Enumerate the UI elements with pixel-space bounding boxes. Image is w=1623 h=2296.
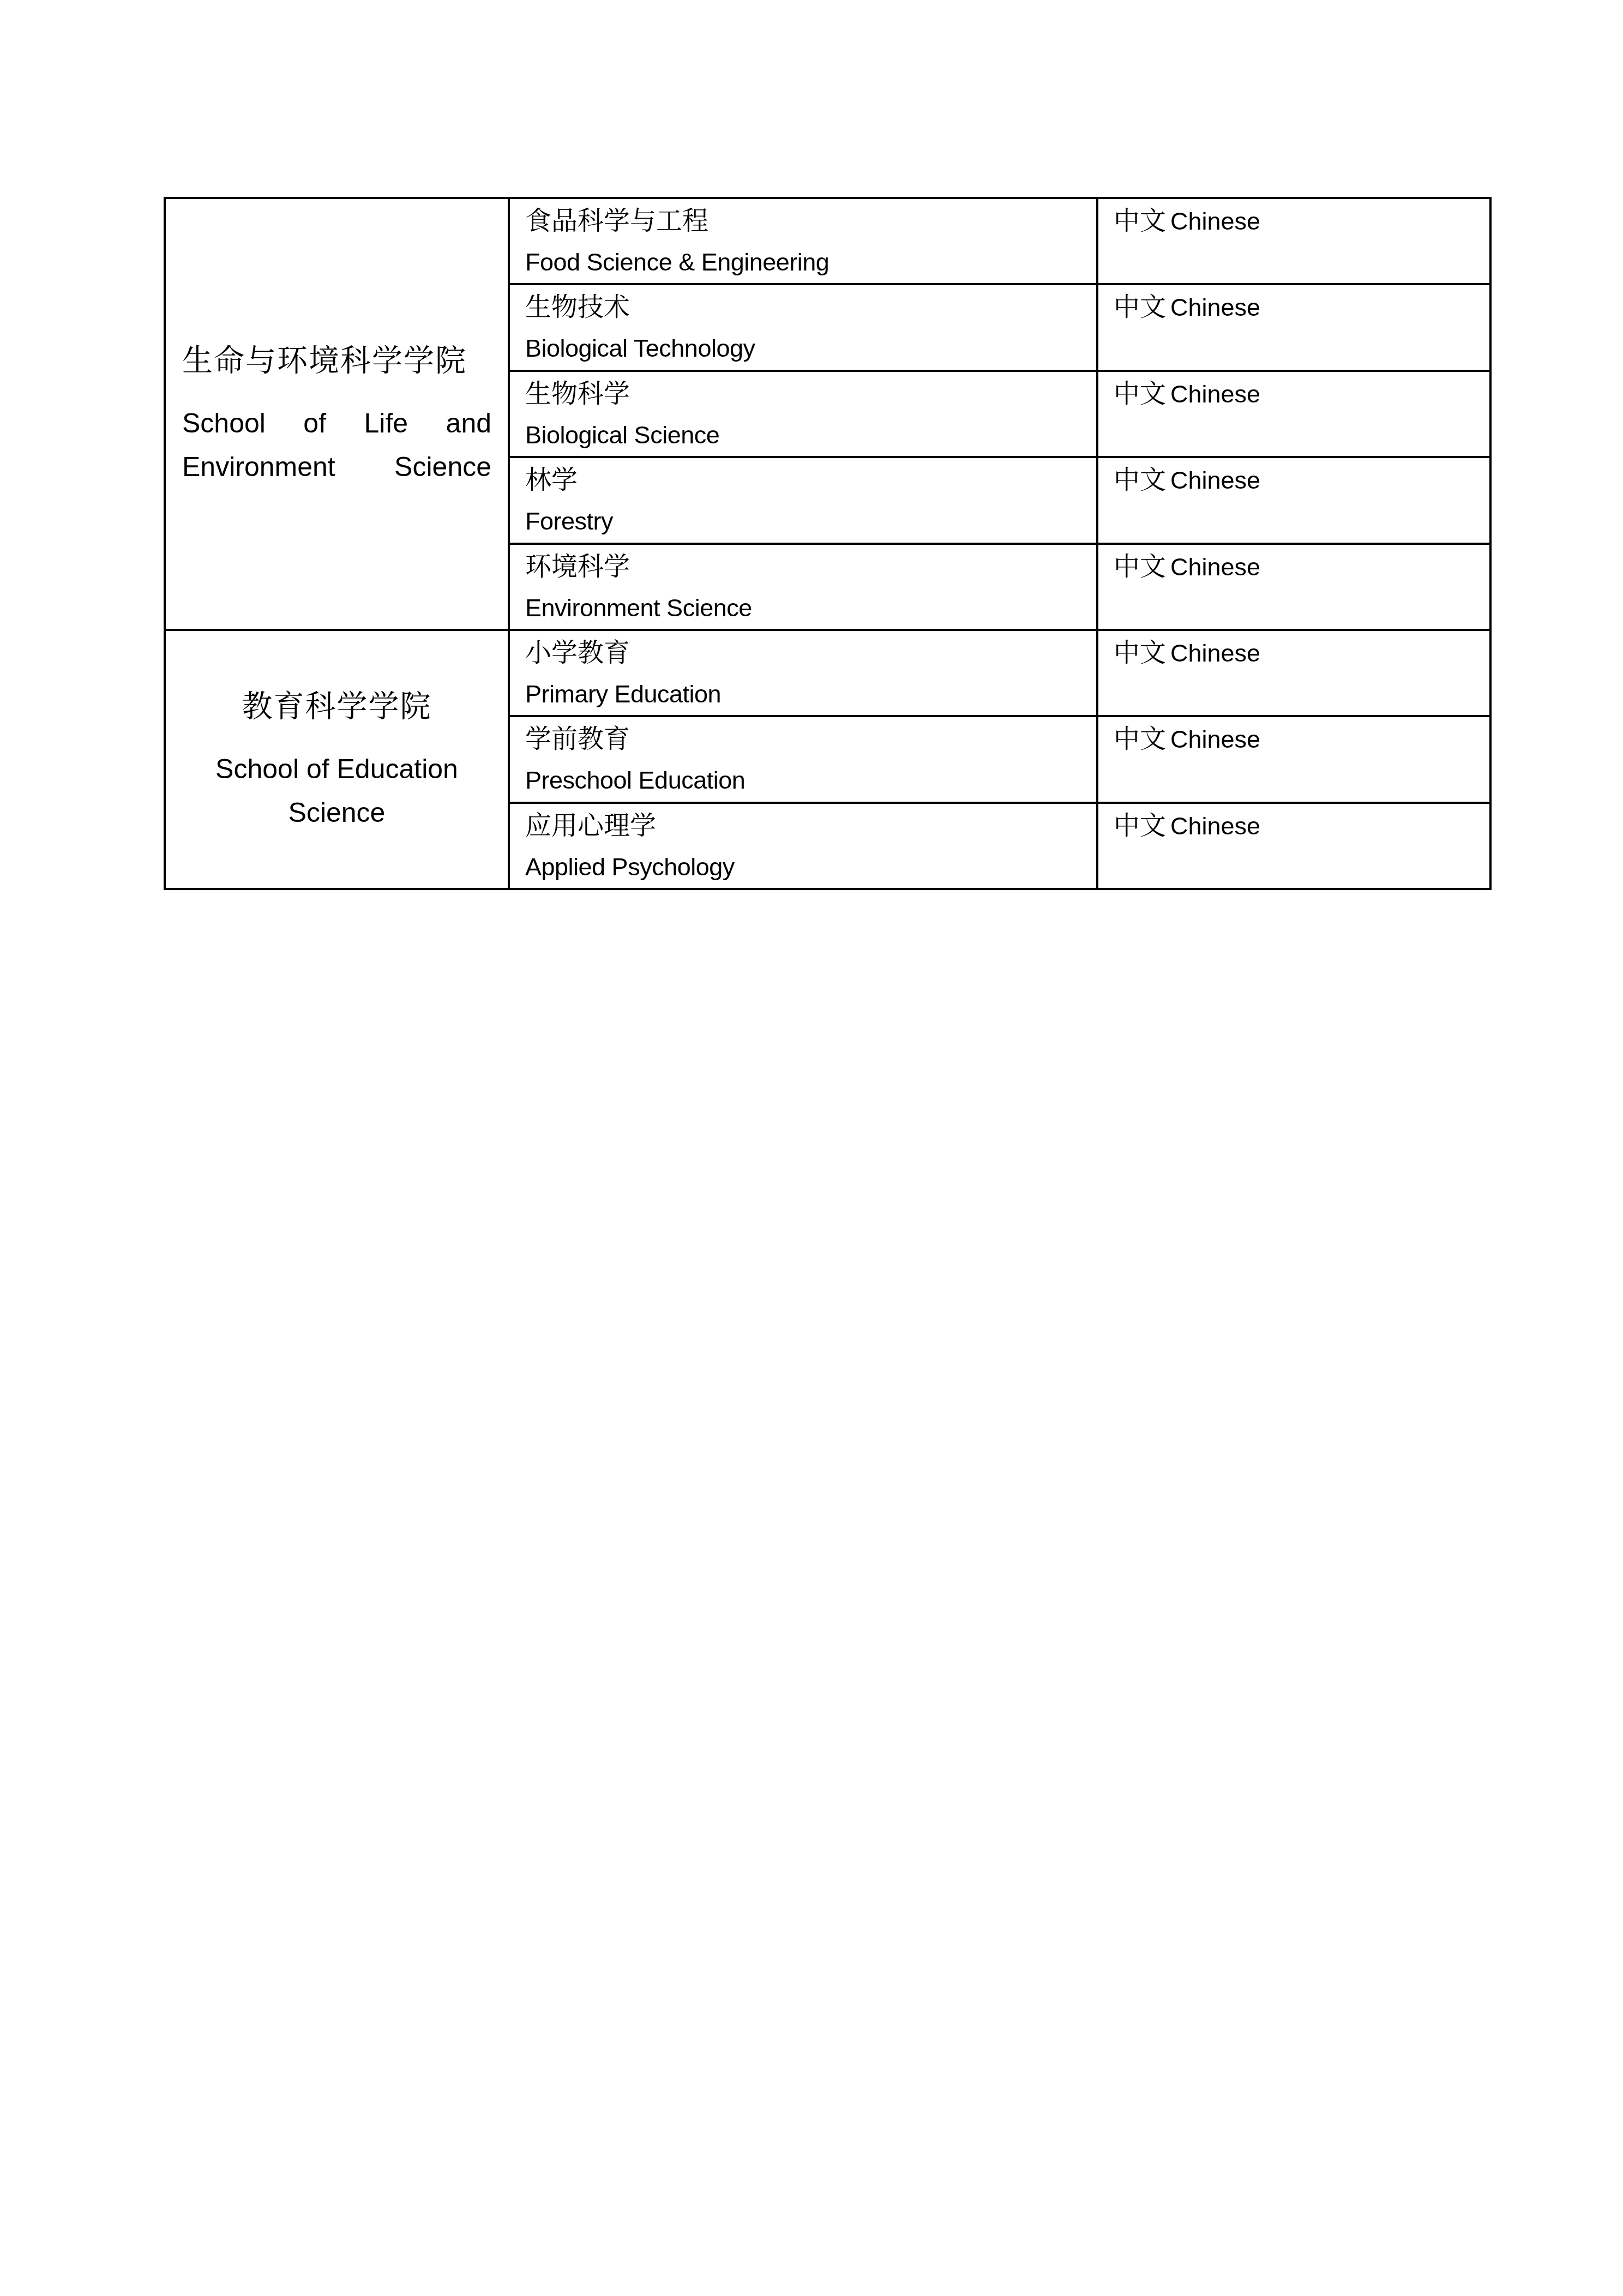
major-name-en: Forestry bbox=[525, 508, 1081, 534]
language-en: Chinese bbox=[1170, 639, 1260, 667]
language-cn: 中文 bbox=[1114, 810, 1166, 841]
language-cell: 中文Chinese bbox=[1097, 544, 1490, 630]
language-en: Chinese bbox=[1170, 380, 1260, 408]
major-name-cn: 应用心理学 bbox=[525, 813, 1081, 839]
major-cell: 食品科学与工程 Food Science & Engineering bbox=[509, 198, 1097, 284]
major-cell: 学前教育 Preschool Education bbox=[509, 716, 1097, 802]
major-cell: 应用心理学 Applied Psychology bbox=[509, 803, 1097, 889]
language-cell: 中文Chinese bbox=[1097, 630, 1490, 716]
language-en: Chinese bbox=[1170, 207, 1260, 235]
language-label: 中文Chinese bbox=[1114, 294, 1474, 327]
language-cn: 中文 bbox=[1114, 638, 1166, 668]
school-cell-life-environment: 生命与环境科学学院 School of Life and Environment… bbox=[165, 198, 509, 630]
language-cell: 中文Chinese bbox=[1097, 371, 1490, 457]
language-cell: 中文Chinese bbox=[1097, 803, 1490, 889]
major-name-cn: 食品科学与工程 bbox=[525, 208, 1081, 234]
language-en: Chinese bbox=[1170, 293, 1260, 321]
language-en: Chinese bbox=[1170, 466, 1260, 494]
major-cell: 生物科学 Biological Science bbox=[509, 371, 1097, 457]
school-name-en-line1: School of Education bbox=[182, 747, 491, 791]
language-cell: 中文Chinese bbox=[1097, 716, 1490, 802]
language-label: 中文Chinese bbox=[1114, 467, 1474, 500]
language-en: Chinese bbox=[1170, 553, 1260, 581]
language-en: Chinese bbox=[1170, 725, 1260, 753]
language-cn: 中文 bbox=[1114, 465, 1166, 495]
language-cn: 中文 bbox=[1114, 724, 1166, 754]
major-cell: 小学教育 Primary Education bbox=[509, 630, 1097, 716]
major-cell: 生物技术 Biological Technology bbox=[509, 284, 1097, 370]
major-name-cn: 小学教育 bbox=[525, 640, 1081, 666]
language-cn: 中文 bbox=[1114, 378, 1166, 409]
language-label: 中文Chinese bbox=[1114, 381, 1474, 413]
major-name-en: Food Science & Engineering bbox=[525, 249, 1081, 275]
majors-table: 生命与环境科学学院 School of Life and Environment… bbox=[164, 197, 1492, 890]
major-name-en: Applied Psychology bbox=[525, 854, 1081, 880]
major-cell: 林学 Forestry bbox=[509, 457, 1097, 543]
school-name-cn: 教育科学学院 bbox=[182, 685, 491, 729]
major-name-cn: 生物技术 bbox=[525, 294, 1081, 320]
major-name-en: Primary Education bbox=[525, 681, 1081, 707]
school-name-en-line2: Science bbox=[182, 791, 491, 834]
language-label: 中文Chinese bbox=[1114, 726, 1474, 759]
school-name-en: School of Life and Environment Science bbox=[182, 401, 491, 489]
school-name-en: School of Education Science bbox=[182, 747, 491, 834]
school-cell-education-science: 教育科学学院 School of Education Science bbox=[165, 630, 509, 889]
major-name-en: Environment Science bbox=[525, 595, 1081, 621]
major-name-en: Biological Technology bbox=[525, 335, 1081, 362]
language-cn: 中文 bbox=[1114, 292, 1166, 322]
document-page: 生命与环境科学学院 School of Life and Environment… bbox=[0, 0, 1623, 2296]
language-label: 中文Chinese bbox=[1114, 554, 1474, 586]
school-name-cn: 生命与环境科学学院 bbox=[182, 339, 491, 383]
language-cell: 中文Chinese bbox=[1097, 284, 1490, 370]
major-cell: 环境科学 Environment Science bbox=[509, 544, 1097, 630]
school-name-en-line2: Environment Science bbox=[182, 445, 491, 489]
major-name-en: Preschool Education bbox=[525, 767, 1081, 794]
major-name-cn: 生物科学 bbox=[525, 381, 1081, 407]
language-label: 中文Chinese bbox=[1114, 208, 1474, 241]
language-cell: 中文Chinese bbox=[1097, 198, 1490, 284]
language-label: 中文Chinese bbox=[1114, 640, 1474, 672]
major-name-cn: 学前教育 bbox=[525, 726, 1081, 752]
language-cell: 中文Chinese bbox=[1097, 457, 1490, 543]
language-cn: 中文 bbox=[1114, 206, 1166, 236]
school-name-en-line1: School of Life and bbox=[182, 401, 491, 445]
major-name-cn: 环境科学 bbox=[525, 554, 1081, 580]
major-name-cn: 林学 bbox=[525, 467, 1081, 493]
language-cn: 中文 bbox=[1114, 551, 1166, 582]
table-row: 生命与环境科学学院 School of Life and Environment… bbox=[165, 198, 1490, 284]
language-en: Chinese bbox=[1170, 812, 1260, 840]
table-row: 教育科学学院 School of Education Science 小学教育 … bbox=[165, 630, 1490, 716]
language-label: 中文Chinese bbox=[1114, 813, 1474, 845]
major-name-en: Biological Science bbox=[525, 422, 1081, 448]
